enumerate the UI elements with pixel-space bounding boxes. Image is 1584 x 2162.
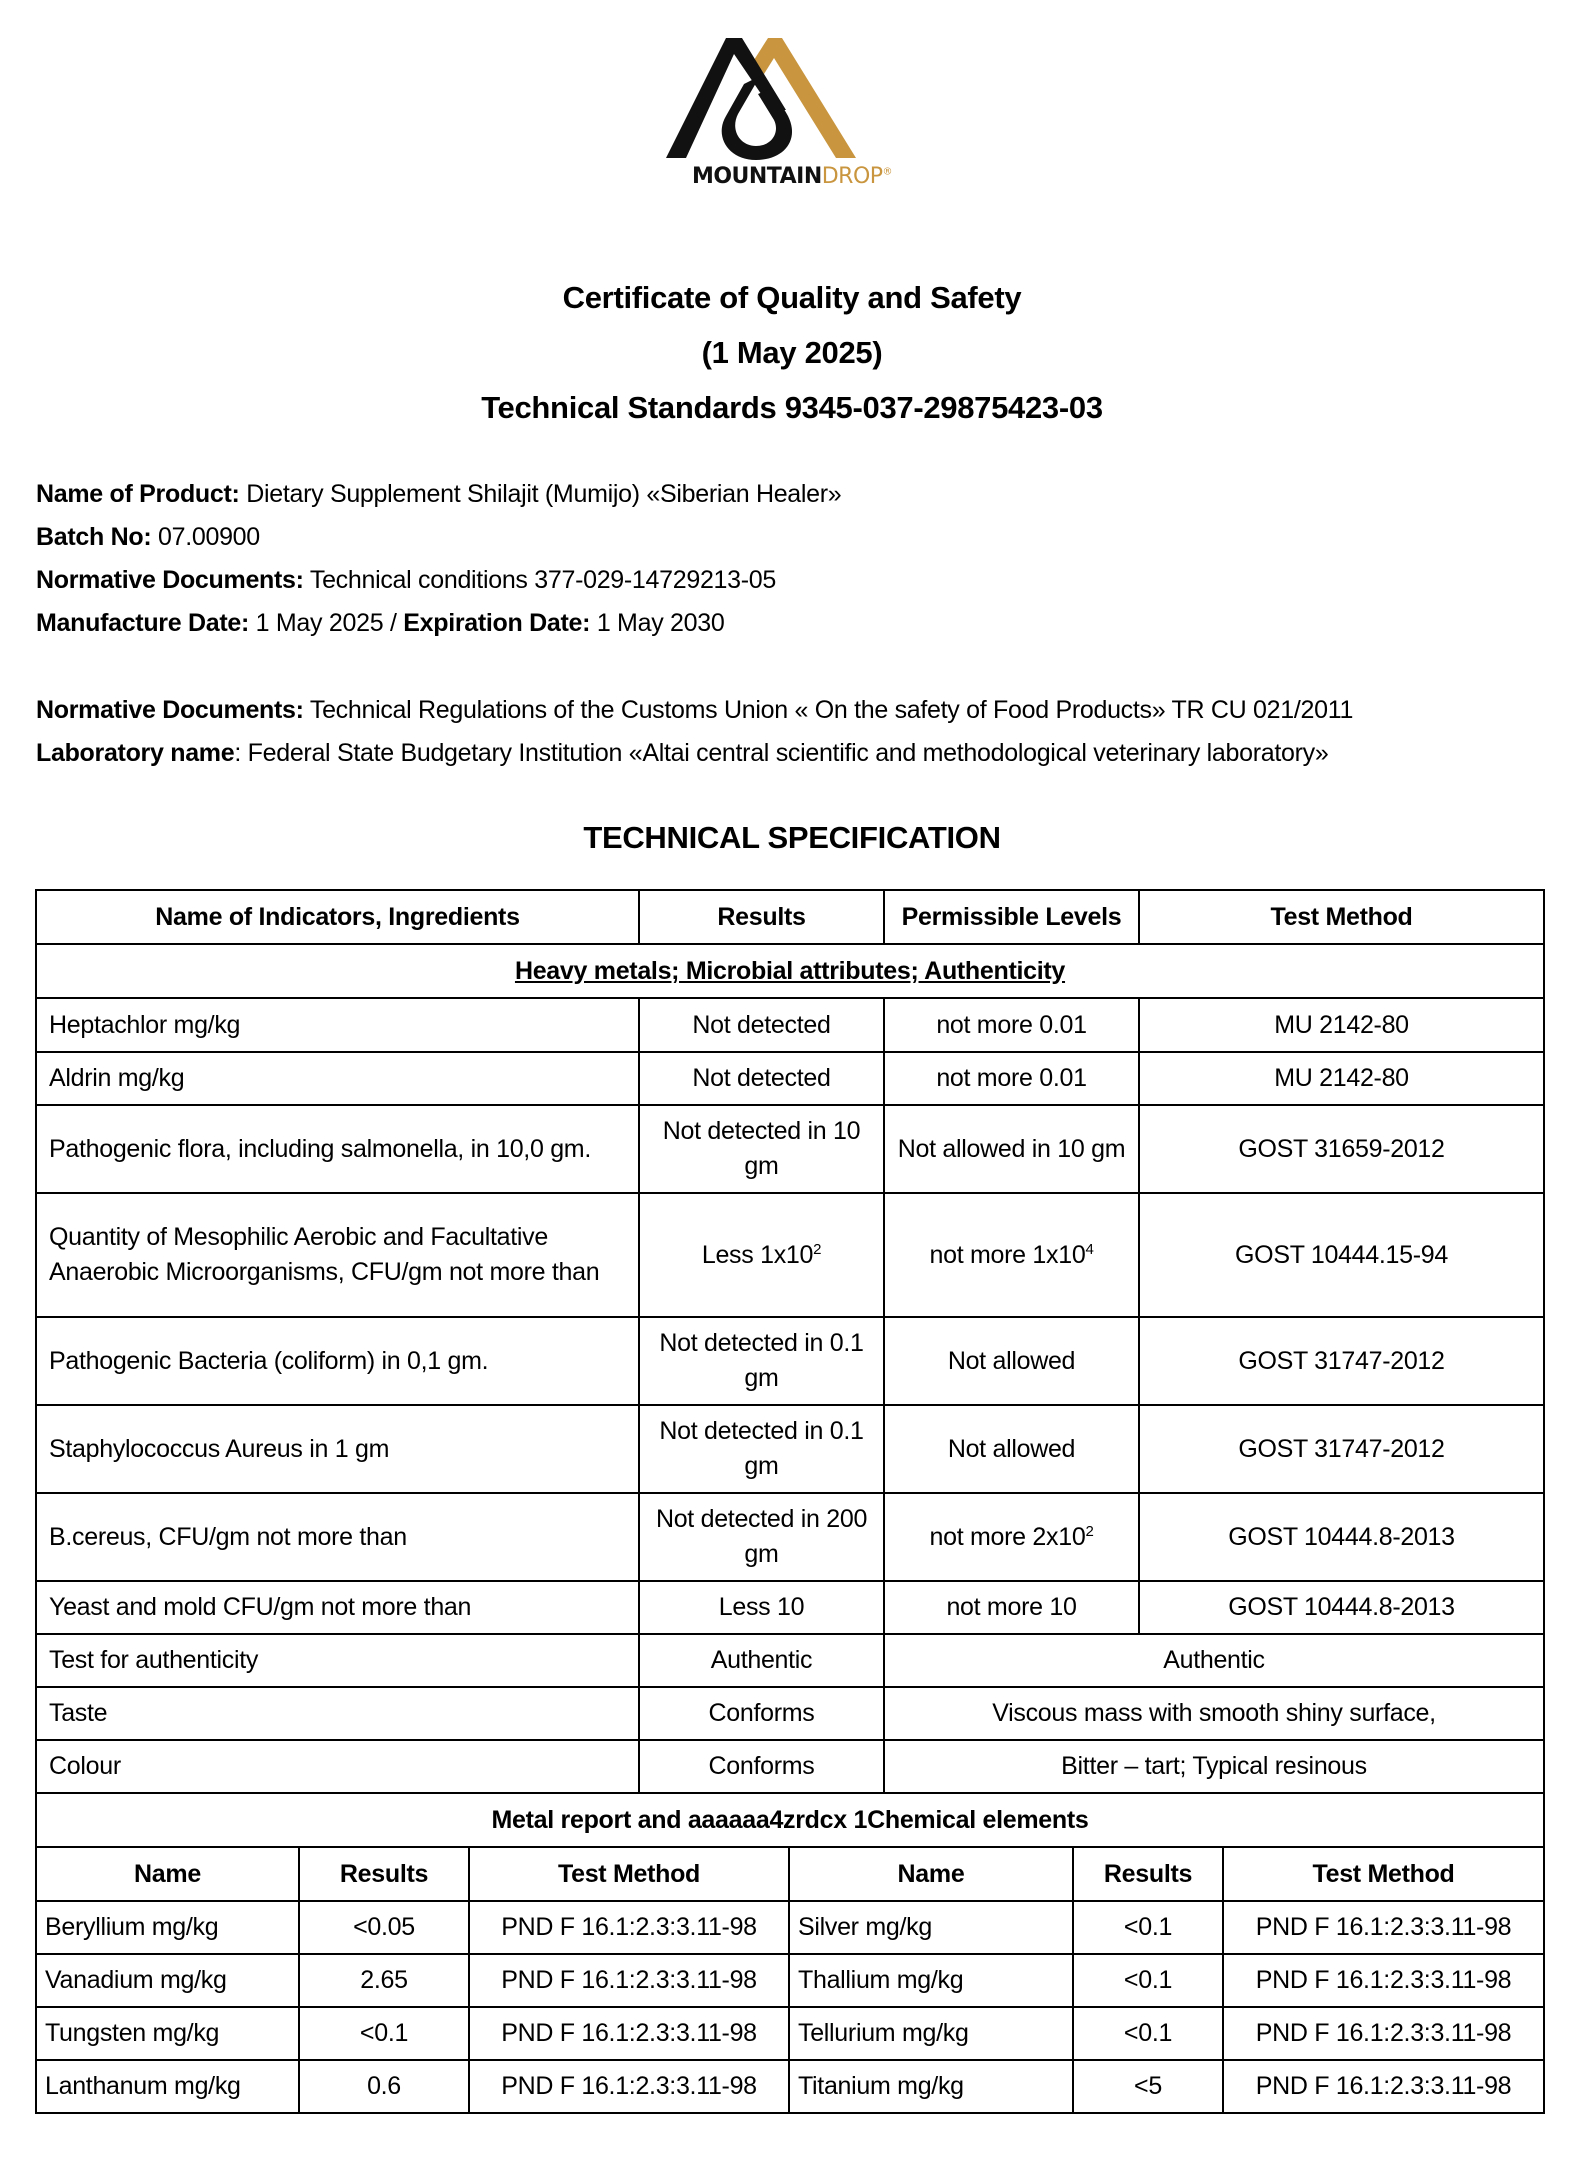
element-result: <0.1 [299, 2007, 469, 2060]
element-result: <0.1 [1073, 1901, 1223, 1954]
result-value: Conforms [639, 1740, 884, 1793]
section-row: Heavy metals; Microbial attributes; Auth… [36, 944, 1544, 998]
test-method: GOST 10444.8-2013 [1139, 1493, 1544, 1581]
test-method: GOST 31747-2012 [1139, 1317, 1544, 1405]
table-row: Tungsten mg/kg<0.1PND F 16.1:2.3:3.11-98… [36, 2007, 1544, 2060]
column-header: Test Method [1223, 1847, 1544, 1901]
element-result: <0.1 [1073, 1954, 1223, 2007]
expiration-date: 1 May 2030 [597, 609, 725, 637]
permissible-level: Not allowed [884, 1405, 1139, 1493]
table-row: Quantity of Mesophilic Aerobic and Facul… [36, 1193, 1544, 1317]
table-row: Beryllium mg/kg<0.05PND F 16.1:2.3:3.11-… [36, 1901, 1544, 1954]
exponent: 2 [813, 1241, 821, 1258]
result-value: Not detected in 0.1 gm [639, 1317, 884, 1405]
column-header: Results [1073, 1847, 1223, 1901]
permissible-level: Not allowed in 10 gm [884, 1105, 1139, 1193]
regulation-line: Normative Documents: Technical Regulatio… [36, 689, 1353, 732]
normative-docs: Technical conditions 377-029-14729213-05 [310, 566, 776, 594]
batch-number: 07.00900 [158, 523, 260, 551]
metal-section-heading: Metal report and aaaaaa4zrdcx 1Chemical … [36, 1793, 1544, 1847]
indicator-name: Colour [36, 1740, 639, 1793]
technical-standards: Technical Standards 9345-037-29875423-03 [0, 380, 1584, 435]
indicator-name: Heptachlor mg/kg [36, 998, 639, 1052]
element-name: Titanium mg/kg [789, 2060, 1073, 2113]
test-method: GOST 31747-2012 [1139, 1405, 1544, 1493]
permissible-level: not more 1x104 [884, 1193, 1139, 1317]
element-test-method: PND F 16.1:2.3:3.11-98 [469, 2007, 789, 2060]
permissible-level: not more 2x102 [884, 1493, 1139, 1581]
element-test-method: PND F 16.1:2.3:3.11-98 [1223, 1954, 1544, 2007]
laboratory-name: : Federal State Budgetary Institution «A… [234, 739, 1328, 767]
result-value: Not detected in 10 gm [639, 1105, 884, 1193]
spec-header-row: Name of Indicators, Ingredients Results … [36, 890, 1544, 944]
element-test-method: PND F 16.1:2.3:3.11-98 [469, 2060, 789, 2113]
dates-line: Manufacture Date: 1 May 2025 / Expiratio… [36, 602, 841, 645]
element-test-method: PND F 16.1:2.3:3.11-98 [469, 1901, 789, 1954]
result-value: Not detected [639, 998, 884, 1052]
exponent: 2 [1085, 1523, 1093, 1540]
column-header: Permissible Levels [884, 890, 1139, 944]
result-value: Conforms [639, 1687, 884, 1740]
element-result: 2.65 [299, 1954, 469, 2007]
table-row: ColourConformsBitter – tart; Typical res… [36, 1740, 1544, 1793]
regulation-info: Normative Documents: Technical Regulatio… [36, 689, 1353, 775]
column-header: Results [299, 1847, 469, 1901]
element-name: Vanadium mg/kg [36, 1954, 299, 2007]
result-value: Not detected [639, 1052, 884, 1105]
metals-header-row: Name Results Test Method Name Results Te… [36, 1847, 1544, 1901]
section-row: Metal report and aaaaaa4zrdcx 1Chemical … [36, 1793, 1544, 1847]
specification-value: Authentic [884, 1634, 1544, 1687]
table-row: Staphylococcus Aureus in 1 gmNot detecte… [36, 1405, 1544, 1493]
spec-table: Name of Indicators, Ingredients Results … [35, 889, 1545, 1848]
indicator-name: Quantity of Mesophilic Aerobic and Facul… [36, 1193, 639, 1317]
element-name: Tungsten mg/kg [36, 2007, 299, 2060]
table-row: Pathogenic Bacteria (coliform) in 0,1 gm… [36, 1317, 1544, 1405]
certificate-header: Certificate of Quality and Safety (1 May… [0, 270, 1584, 435]
element-result: <5 [1073, 2060, 1223, 2113]
test-method: GOST 10444.8-2013 [1139, 1581, 1544, 1634]
indicator-name: Taste [36, 1687, 639, 1740]
column-header: Test Method [469, 1847, 789, 1901]
element-test-method: PND F 16.1:2.3:3.11-98 [1223, 2060, 1544, 2113]
result-value: Not detected in 200 gm [639, 1493, 884, 1581]
test-method: GOST 31659-2012 [1139, 1105, 1544, 1193]
element-test-method: PND F 16.1:2.3:3.11-98 [1223, 2007, 1544, 2060]
element-name: Silver mg/kg [789, 1901, 1073, 1954]
certificate-date: (1 May 2025) [0, 325, 1584, 380]
indicator-name: Staphylococcus Aureus in 1 gm [36, 1405, 639, 1493]
laboratory-line: Laboratory name: Federal State Budgetary… [36, 732, 1353, 775]
column-header: Name of Indicators, Ingredients [36, 890, 639, 944]
product-name-line: Name of Product: Dietary Supplement Shil… [36, 473, 841, 516]
result-value: Not detected in 0.1 gm [639, 1405, 884, 1493]
column-header: Test Method [1139, 890, 1544, 944]
indicator-name: B.cereus, CFU/gm not more than [36, 1493, 639, 1581]
column-header: Name [789, 1847, 1073, 1901]
permissible-level: not more 10 [884, 1581, 1139, 1634]
table-row: Yeast and mold CFU/gm not more thanLess … [36, 1581, 1544, 1634]
element-test-method: PND F 16.1:2.3:3.11-98 [1223, 1901, 1544, 1954]
table-row: B.cereus, CFU/gm not more thanNot detect… [36, 1493, 1544, 1581]
element-name: Lanthanum mg/kg [36, 2060, 299, 2113]
exponent: 4 [1085, 1241, 1093, 1258]
element-test-method: PND F 16.1:2.3:3.11-98 [469, 1954, 789, 2007]
indicator-name: Aldrin mg/kg [36, 1052, 639, 1105]
element-name: Beryllium mg/kg [36, 1901, 299, 1954]
test-method: MU 2142-80 [1139, 998, 1544, 1052]
product-info: Name of Product: Dietary Supplement Shil… [36, 473, 841, 645]
brand-name-light: DROP [822, 164, 883, 189]
indicator-name: Test for authenticity [36, 1634, 639, 1687]
indicator-name: Yeast and mold CFU/gm not more than [36, 1581, 639, 1634]
result-value: Less 1x102 [639, 1193, 884, 1317]
specification-value: Viscous mass with smooth shiny surface, [884, 1687, 1544, 1740]
element-name: Tellurium mg/kg [789, 2007, 1073, 2060]
mountain-drop-icon [660, 36, 870, 166]
batch-line: Batch No: 07.00900 [36, 516, 841, 559]
regulation-docs: Technical Regulations of the Customs Uni… [310, 696, 1353, 724]
test-method: MU 2142-80 [1139, 1052, 1544, 1105]
certificate-title: Certificate of Quality and Safety [0, 270, 1584, 325]
permissible-level: not more 0.01 [884, 1052, 1139, 1105]
permissible-level: Not allowed [884, 1317, 1139, 1405]
element-result: <0.1 [1073, 2007, 1223, 2060]
table-row: Aldrin mg/kgNot detectednot more 0.01MU … [36, 1052, 1544, 1105]
permissible-level: not more 0.01 [884, 998, 1139, 1052]
indicator-name: Pathogenic flora, including salmonella, … [36, 1105, 639, 1193]
normative-docs-line: Normative Documents: Technical condition… [36, 559, 841, 602]
result-value: Authentic [639, 1634, 884, 1687]
table-row: Pathogenic flora, including salmonella, … [36, 1105, 1544, 1193]
element-result: 0.6 [299, 2060, 469, 2113]
table-row: Test for authenticityAuthenticAuthentic [36, 1634, 1544, 1687]
spec-title: TECHNICAL SPECIFICATION [0, 820, 1584, 856]
section-heading: Heavy metals; Microbial attributes; Auth… [36, 944, 1544, 998]
brand-name-bold: MOUNTAIN [692, 164, 822, 189]
column-header: Name [36, 1847, 299, 1901]
metals-table: Name Results Test Method Name Results Te… [35, 1846, 1545, 2114]
column-header: Results [639, 890, 884, 944]
table-row: Vanadium mg/kg2.65PND F 16.1:2.3:3.11-98… [36, 1954, 1544, 2007]
element-result: <0.05 [299, 1901, 469, 1954]
table-row: Lanthanum mg/kg0.6PND F 16.1:2.3:3.11-98… [36, 2060, 1544, 2113]
element-name: Thallium mg/kg [789, 1954, 1073, 2007]
table-row: Heptachlor mg/kgNot detectednot more 0.0… [36, 998, 1544, 1052]
result-value: Less 10 [639, 1581, 884, 1634]
product-name: Dietary Supplement Shilajit (Mumijo) «Si… [246, 480, 841, 508]
specification-value: Bitter – tart; Typical resinous [884, 1740, 1544, 1793]
manufacture-date: 1 May 2025 / [256, 609, 397, 637]
table-row: TasteConformsViscous mass with smooth sh… [36, 1687, 1544, 1740]
brand-wordmark: MOUNTAINDROP® [0, 164, 1584, 189]
registered-mark: ® [883, 167, 893, 178]
test-method: GOST 10444.15-94 [1139, 1193, 1544, 1317]
indicator-name: Pathogenic Bacteria (coliform) in 0,1 gm… [36, 1317, 639, 1405]
